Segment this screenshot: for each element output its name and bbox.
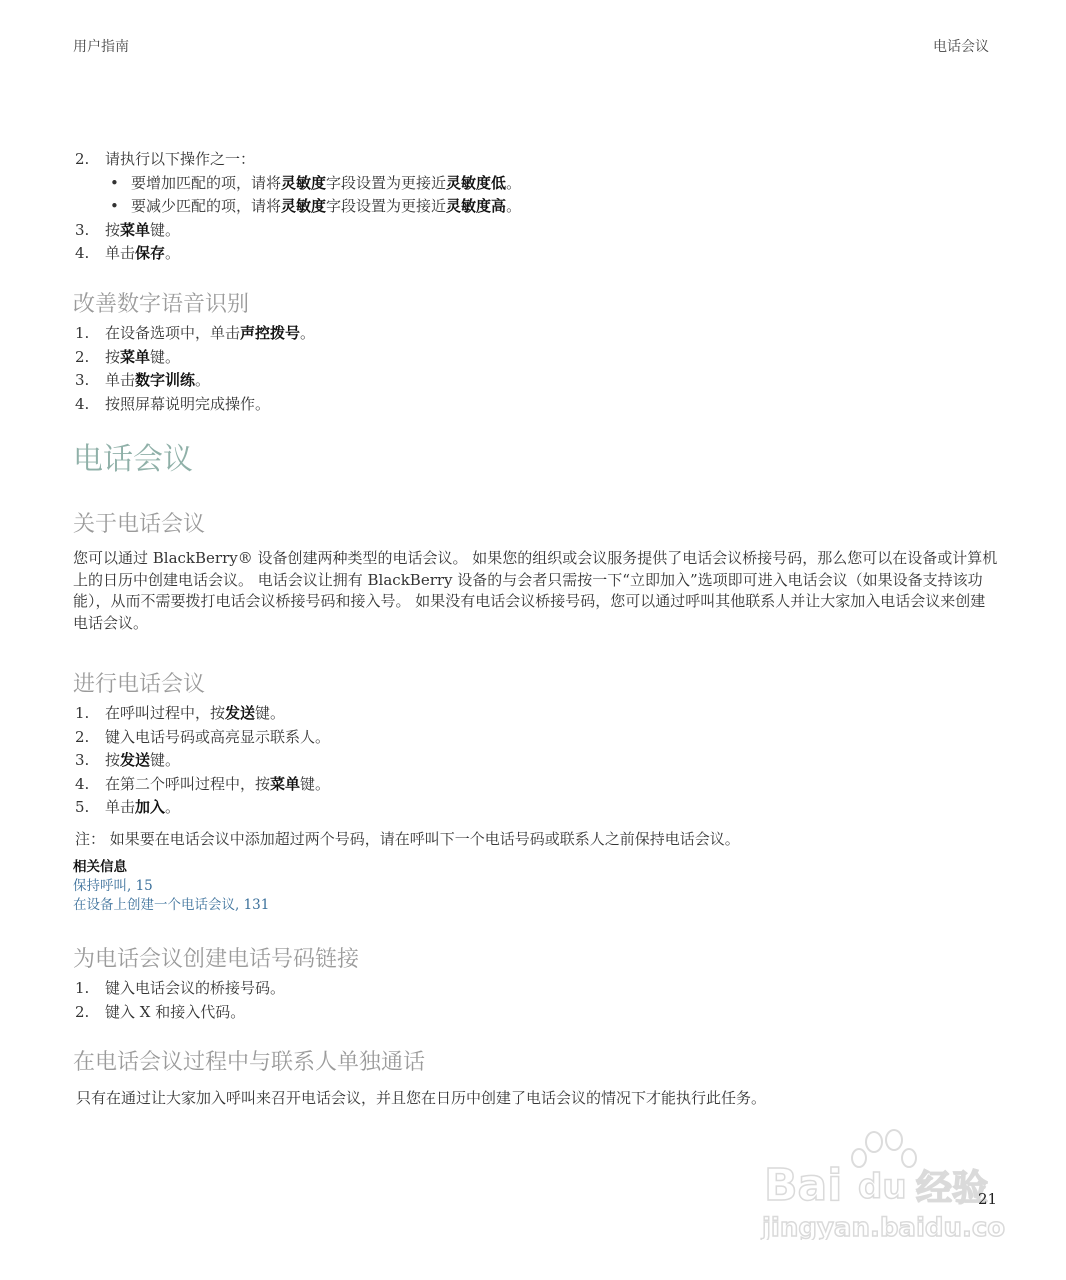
related-info-heading: 相关信息: [73, 858, 1003, 877]
related-link-hold-call[interactable]: 保持呼叫, 15: [73, 877, 1003, 896]
svg-text:Bai: Bai: [764, 1160, 842, 1211]
section-title: 进行电话会议: [73, 670, 1003, 700]
related-link-create-conference[interactable]: 在设备上创建一个电话会议, 131: [73, 896, 1003, 915]
step-item: 4.在第二个呼叫过程中，按菜单键。: [73, 773, 1003, 797]
step-item: 3.按菜单键。: [73, 219, 1003, 243]
section-digit-voice: 改善数字语音识别 1.在设备选项中，单击声控拨号。 2.按菜单键。 3.单击数字…: [73, 290, 1003, 416]
section-make-call: 进行电话会议 1.在呼叫过程中，按发送键。 2.键入电话号码或高亮显示联系人。 …: [73, 670, 1003, 915]
section-title: 在电话会议过程中与联系人单独通话: [73, 1048, 1003, 1078]
step-item: 1.键入电话会议的桥接号码。: [73, 977, 1003, 1001]
section-title: 改善数字语音识别: [73, 290, 1003, 320]
section-number-link: 为电话会议创建电话号码链接 1.键入电话会议的桥接号码。 2.键入 X 和接入代…: [73, 945, 1003, 1024]
note-text: 注： 如果要在电话会议中添加超过两个号码，请在呼叫下一个电话号码或联系人之前保持…: [73, 828, 1003, 850]
bullet-icon: •: [110, 195, 119, 219]
step-item: 5.单击加入。: [73, 796, 1003, 820]
step-item: 3.按发送键。: [73, 749, 1003, 773]
chapter-title: 电话会议: [73, 440, 1003, 480]
private-paragraph: 只有在通过让大家加入呼叫来召开电话会议，并且您在日历中创建了电话会议的情况下才能…: [73, 1088, 1001, 1110]
step-item: 2.键入电话号码或高亮显示联系人。: [73, 726, 1003, 750]
bullet-icon: •: [110, 172, 119, 196]
baidu-watermark: Bai du 经验 jingyan.baidu.com: [756, 1120, 1006, 1240]
prev-section-steps: 2. 请执行以下操作之一： •要增加匹配的项，请将灵敏度字段设置为更接近灵敏度低…: [73, 148, 1003, 266]
page-number: 21: [978, 1190, 997, 1208]
about-paragraph: 您可以通过 BlackBerry® 设备创建两种类型的电话会议。 如果您的组织或…: [73, 548, 998, 634]
step-item: 2.按菜单键。: [73, 346, 1003, 370]
running-header-left: 用户指南: [73, 36, 129, 56]
bullet-item: •要增加匹配的项，请将灵敏度字段设置为更接近灵敏度低。: [73, 172, 1003, 196]
section-about: 关于电话会议 您可以通过 BlackBerry® 设备创建两种类型的电话会议。 …: [73, 510, 1003, 634]
step-item: 2. 请执行以下操作之一：: [73, 148, 1003, 172]
svg-text:du: du: [858, 1167, 907, 1207]
step-item: 3.单击数字训练。: [73, 369, 1003, 393]
section-title: 关于电话会议: [73, 510, 1003, 540]
step-item: 4.按照屏幕说明完成操作。: [73, 393, 1003, 417]
step-item: 1.在设备选项中，单击声控拨号。: [73, 322, 1003, 346]
bullet-item: •要减少匹配的项，请将灵敏度字段设置为更接近灵敏度高。: [73, 195, 1003, 219]
running-header-right: 电话会议: [933, 36, 989, 56]
baidu-paw-icon: Bai du 经验 jingyan.baidu.com: [756, 1120, 1006, 1240]
step-item: 2.键入 X 和接入代码。: [73, 1001, 1003, 1025]
section-title: 为电话会议创建电话号码链接: [73, 945, 1003, 975]
svg-text:jingyan.baidu.com: jingyan.baidu.com: [761, 1213, 1006, 1240]
step-item: 4.单击保存。: [73, 242, 1003, 266]
section-private-talk: 在电话会议过程中与联系人单独通话 只有在通过让大家加入呼叫来召开电话会议，并且您…: [73, 1048, 1003, 1110]
step-item: 1.在呼叫过程中，按发送键。: [73, 702, 1003, 726]
